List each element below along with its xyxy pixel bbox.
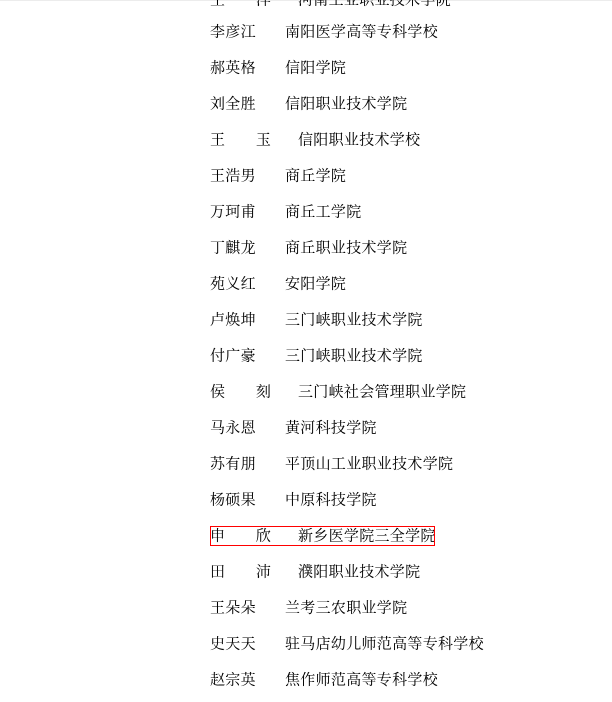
list-item: 王 玉信阳职业技术学校 — [0, 122, 612, 158]
list-item: 郝英格信阳学院 — [0, 50, 612, 86]
person-name: 田 沛 — [210, 565, 271, 580]
person-name: 郝英格 — [210, 61, 256, 76]
list-item: 卢焕坤三门峡职业技术学院 — [0, 302, 612, 338]
list-item: 马永恩黄河科技学院 — [0, 410, 612, 446]
document-page: 王 洋河南工业职业技术学院李彦江南阳医学高等专科学校郝英格信阳学院刘全胜信阳职业… — [0, 0, 612, 702]
school-name: 南阳医学高等专科学校 — [285, 25, 438, 40]
list-item: 刘全胜信阳职业技术学院 — [0, 86, 612, 122]
school-name: 商丘职业技术学院 — [285, 241, 407, 256]
school-name: 平顶山工业职业技术学院 — [285, 457, 453, 472]
person-name: 王 玉 — [210, 133, 271, 148]
school-name: 信阳学院 — [285, 61, 346, 76]
person-name: 王朵朵 — [210, 601, 256, 616]
school-name: 驻马店幼儿师范高等专科学校 — [285, 637, 484, 652]
school-name: 商丘工学院 — [285, 205, 362, 220]
list-item: 田 沛濮阳职业技术学院 — [0, 554, 612, 590]
person-name: 万珂甫 — [210, 205, 256, 220]
person-name: 杨硕果 — [210, 493, 256, 508]
school-name: 焦作师范高等专科学校 — [285, 673, 438, 688]
list-item: 杨硕果中原科技学院 — [0, 482, 612, 518]
list-item: 万珂甫商丘工学院 — [0, 194, 612, 230]
person-name: 付广豪 — [210, 349, 256, 364]
list-item: 申 欣新乡医学院三全学院 — [0, 518, 612, 554]
person-name: 卢焕坤 — [210, 313, 256, 328]
person-name: 李彦江 — [210, 25, 256, 40]
school-name: 信阳职业技术学校 — [298, 133, 420, 148]
list-item: 苑义红安阳学院 — [0, 266, 612, 302]
school-name: 信阳职业技术学院 — [285, 97, 407, 112]
school-name: 三门峡社会管理职业学院 — [298, 385, 466, 400]
person-name: 苑义红 — [210, 277, 256, 292]
school-name: 商丘学院 — [285, 169, 346, 184]
list-item: 李彦江南阳医学高等专科学校 — [0, 14, 612, 50]
list-item: 王朵朵兰考三农职业学院 — [0, 590, 612, 626]
person-name: 苏有朋 — [210, 457, 256, 472]
list-item: 王浩男商丘学院 — [0, 158, 612, 194]
school-name: 新乡医学院三全学院 — [298, 529, 436, 544]
school-name: 濮阳职业技术学院 — [298, 565, 420, 580]
list-item: 丁麒龙商丘职业技术学院 — [0, 230, 612, 266]
person-name: 刘全胜 — [210, 97, 256, 112]
list-item: 史天天驻马店幼儿师范高等专科学校 — [0, 626, 612, 662]
school-name: 安阳学院 — [285, 277, 346, 292]
school-name: 三门峡职业技术学院 — [285, 349, 423, 364]
person-name: 赵宗英 — [210, 673, 256, 688]
school-name: 三门峡职业技术学院 — [285, 313, 423, 328]
school-name: 中原科技学院 — [285, 493, 377, 508]
person-name: 史天天 — [210, 637, 256, 652]
school-name: 黄河科技学院 — [285, 421, 377, 436]
person-name: 马永恩 — [210, 421, 256, 436]
person-name: 王 洋 — [210, 0, 271, 8]
list-item: 苏有朋平顶山工业职业技术学院 — [0, 446, 612, 482]
person-name: 丁麒龙 — [210, 241, 256, 256]
person-name: 王浩男 — [210, 169, 256, 184]
school-name: 兰考三农职业学院 — [285, 601, 407, 616]
list-item: 赵宗英焦作师范高等专科学校 — [0, 662, 612, 698]
list-item: 侯 刻三门峡社会管理职业学院 — [0, 374, 612, 410]
list-item: 付广豪三门峡职业技术学院 — [0, 338, 612, 374]
person-name: 侯 刻 — [210, 385, 271, 400]
school-name: 河南工业职业技术学院 — [298, 0, 451, 8]
person-name: 申 欣 — [210, 529, 271, 544]
